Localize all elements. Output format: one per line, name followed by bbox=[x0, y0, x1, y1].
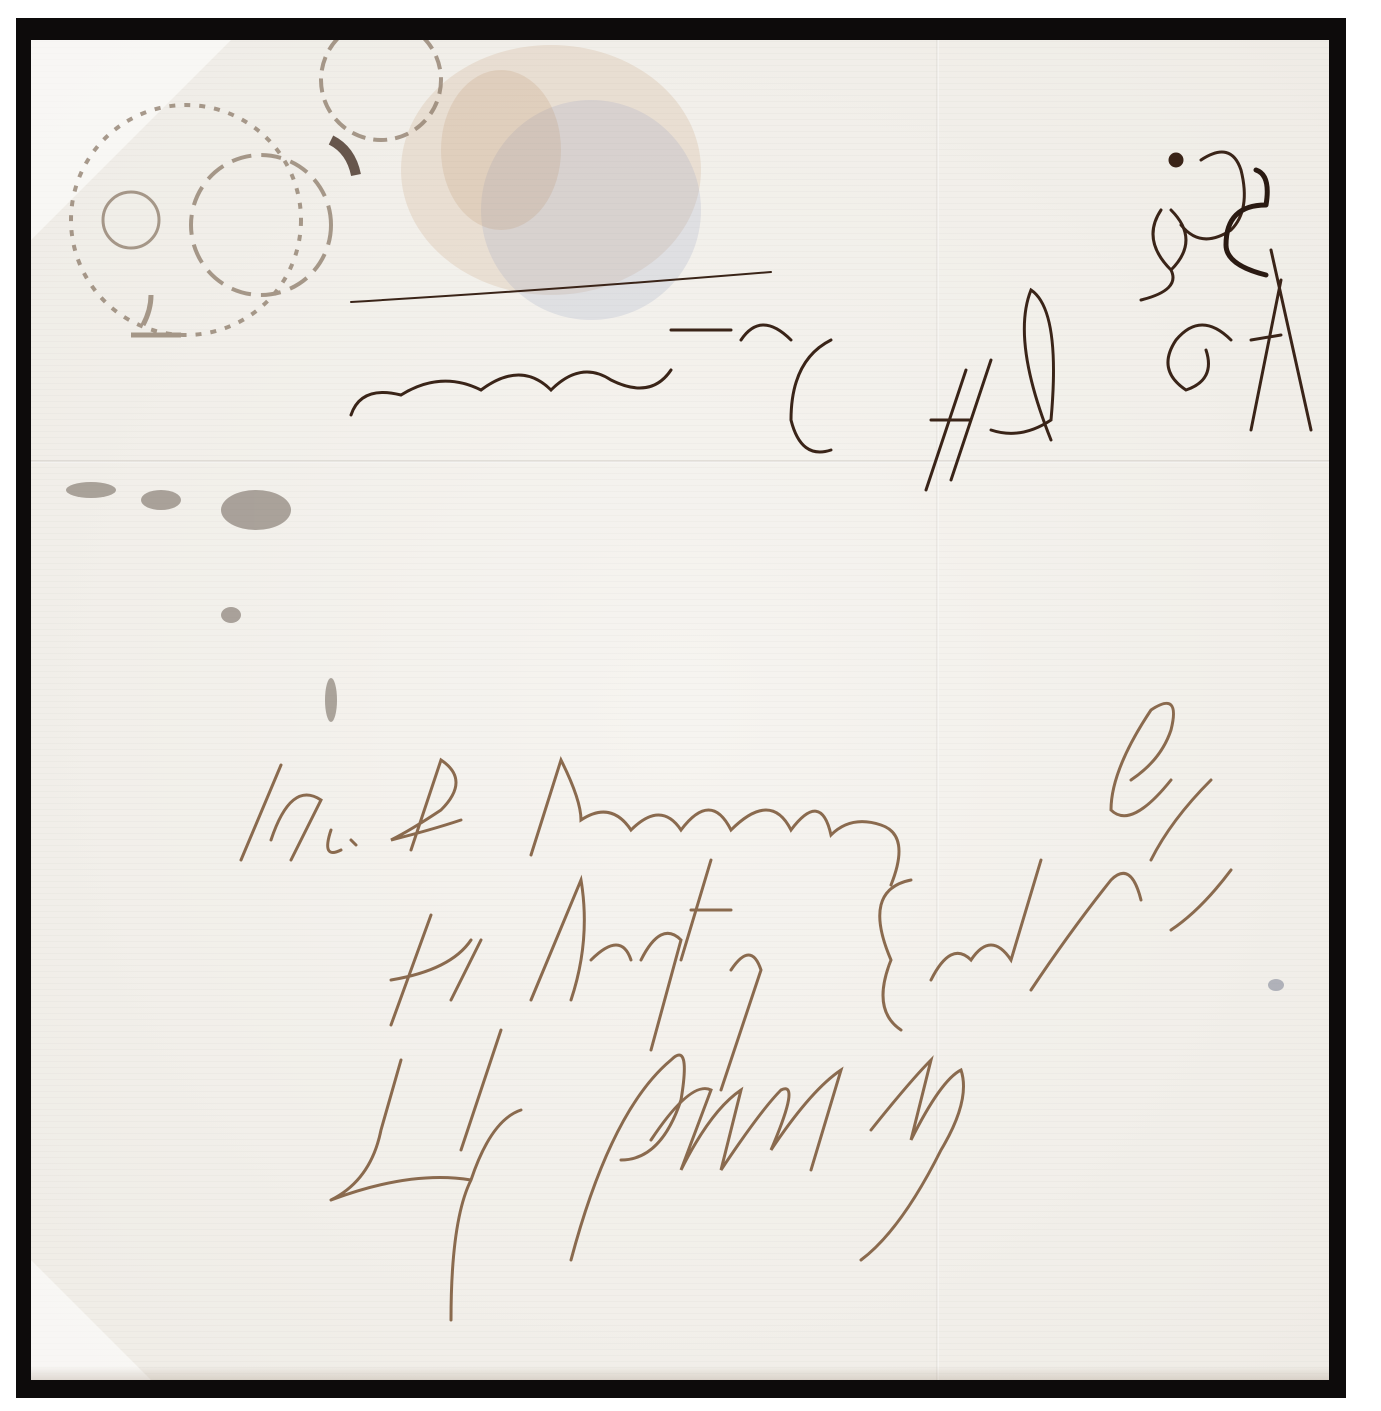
foxing-spots bbox=[66, 482, 1284, 991]
postmark-circles bbox=[71, 40, 441, 335]
letter-sheet: Thos. De Saumarez Esqr His Majestys Comp… bbox=[31, 40, 1329, 1380]
ink-layer bbox=[31, 40, 1329, 1380]
wax-seal-stain bbox=[401, 45, 701, 320]
address-handwriting bbox=[241, 703, 1231, 1320]
rate-marking bbox=[1226, 170, 1267, 275]
